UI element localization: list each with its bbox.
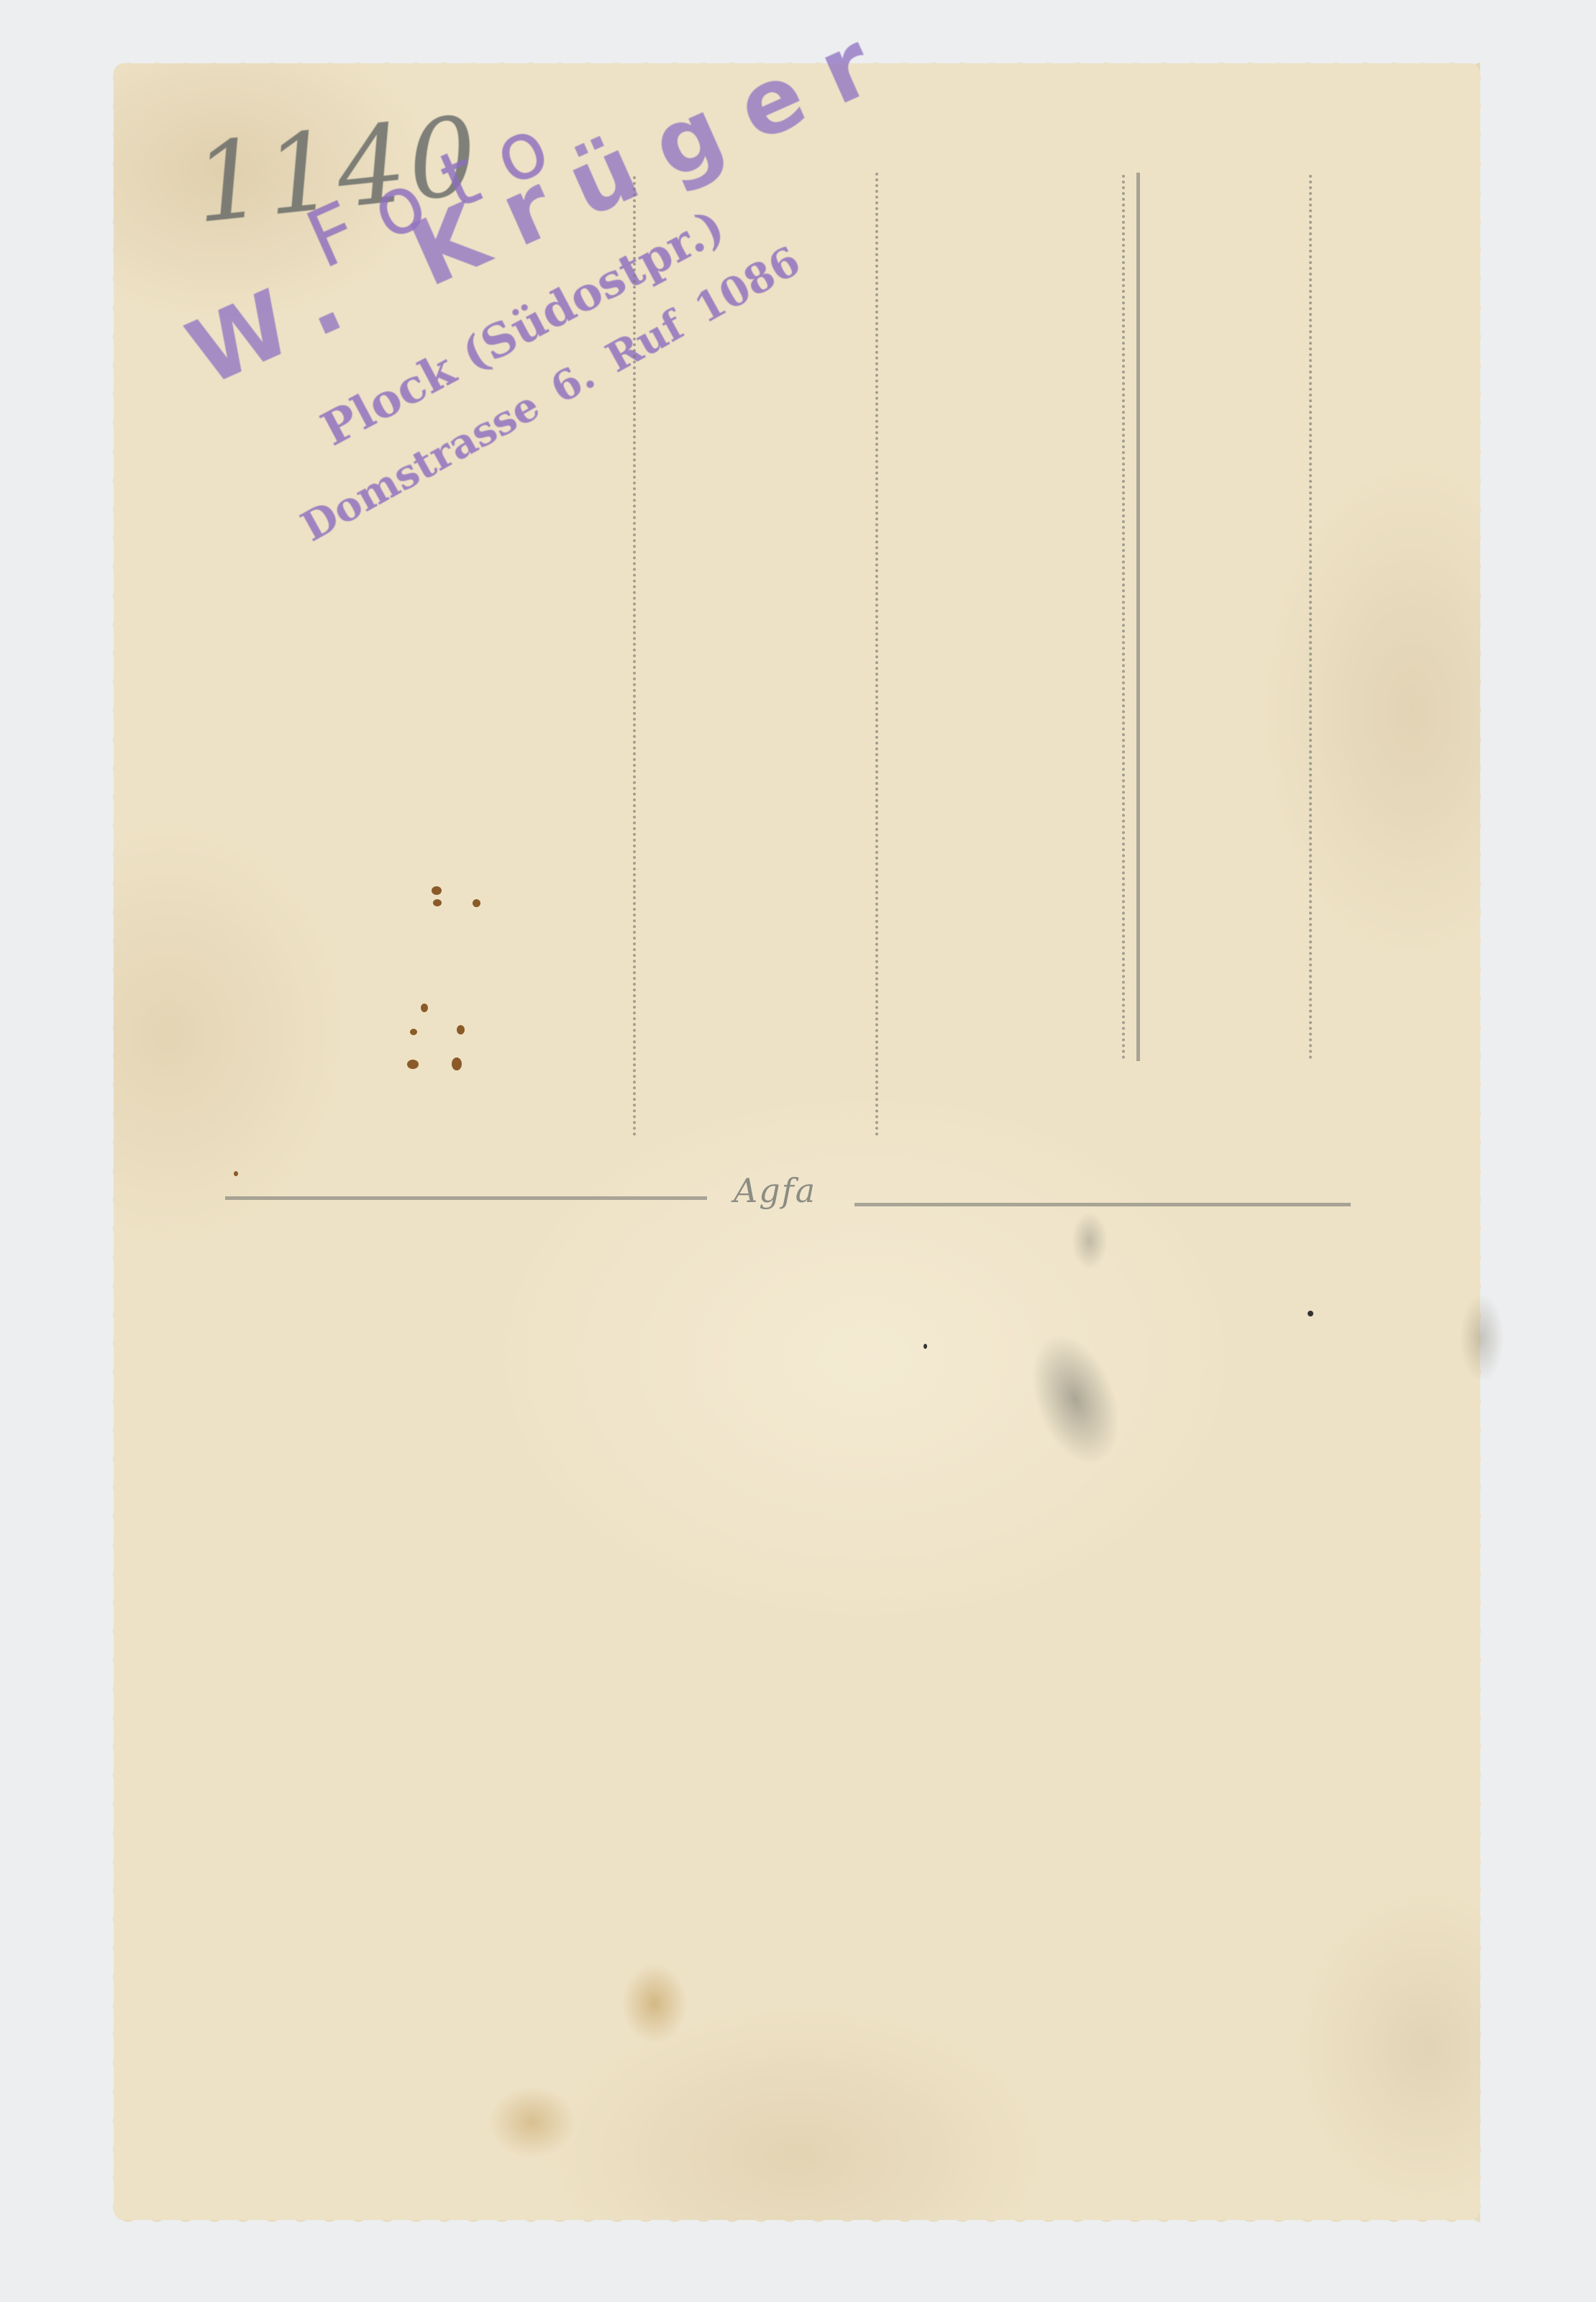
horizontal-divider-right [854, 1203, 1351, 1206]
foxing-spot [234, 1171, 238, 1176]
foxing-spot [473, 899, 480, 907]
stamp-box-solid-left [1136, 173, 1140, 1061]
foxing-spot [457, 1025, 465, 1034]
horizontal-divider-left [225, 1196, 707, 1200]
postcard-back [114, 63, 1480, 2220]
stamp-box-dotted-right [1309, 175, 1312, 1060]
grey-smudge [1072, 1212, 1108, 1270]
foxing-spot [452, 1057, 462, 1070]
foxing-spot [410, 1029, 417, 1035]
address-column-divider-left [633, 176, 636, 1137]
water-stain [489, 2086, 575, 2158]
foxing-spot [407, 1060, 419, 1069]
water-stain [1460, 1295, 1503, 1381]
ink-dot [924, 1344, 927, 1349]
water-stain [622, 1964, 687, 2043]
ink-dot [1308, 1311, 1313, 1316]
agfa-logo: Agfa [734, 1171, 816, 1210]
foxing-spot [433, 899, 442, 906]
stamp-box-dotted-left [1122, 175, 1125, 1060]
foxing-spot [421, 1004, 428, 1012]
address-column-divider-right [875, 173, 878, 1137]
foxing-spot [432, 886, 442, 895]
